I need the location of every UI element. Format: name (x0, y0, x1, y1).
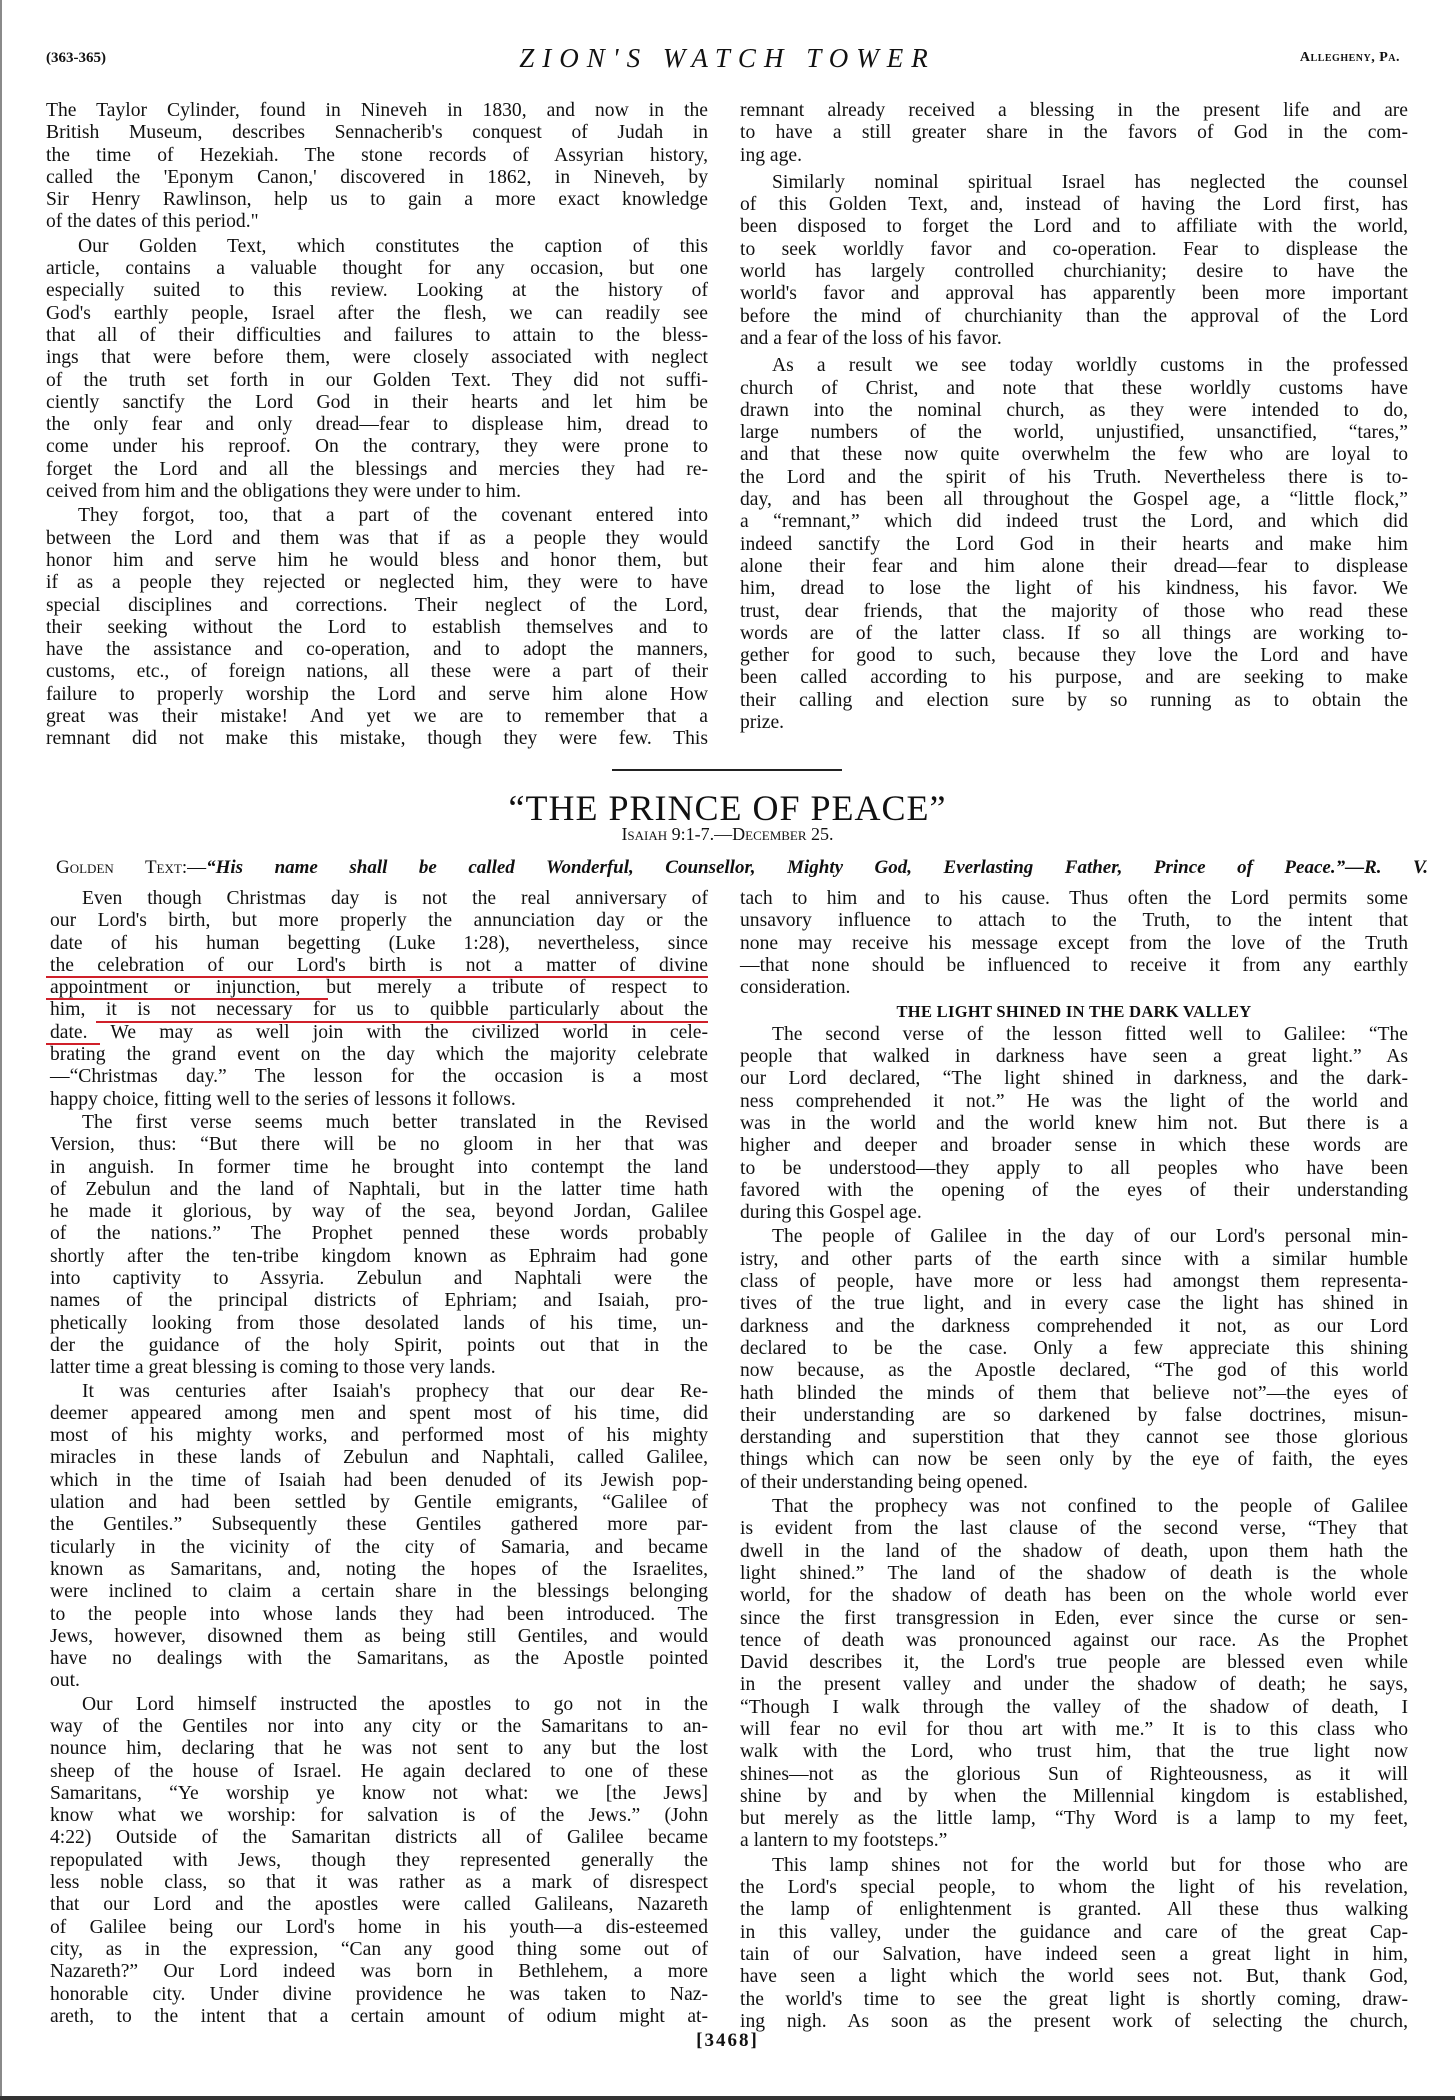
text-line: that all of their difficulties and failu… (46, 325, 708, 347)
scripture-reference: Isaiah 9:1-7.—December 25. (0, 823, 1455, 845)
text-line: that our Lord and the apostles were call… (50, 1894, 708, 1916)
text-line: come under his reproof. On the contrary,… (46, 436, 708, 458)
text-line: istry, and other parts of the earth sinc… (740, 1249, 1408, 1271)
text-line: their seeking without the Lord to establ… (46, 617, 708, 639)
text-line: have the assistance and co-operation, an… (46, 639, 708, 661)
text-line: world's favor and approval has apparentl… (740, 283, 1408, 305)
text-line: That the prophecy was not confined to th… (740, 1496, 1408, 1518)
text-line: walk with the Lord, who trust him, that … (740, 1741, 1408, 1763)
text-line: their calling and election sure by so ru… (740, 690, 1408, 712)
text-line: ulation and had been settled by Gentile … (50, 1492, 708, 1514)
text-line: of the truth set forth in our Golden Tex… (46, 370, 708, 392)
text-line: in anguish. In former time he brought in… (50, 1157, 708, 1179)
text-line: but merely as the little lamp, “Thy Word… (740, 1808, 1408, 1830)
text-line: to seek worldly favor and co-operation. … (740, 239, 1408, 261)
top-left-column: The Taylor Cylinder, found in Nineveh in… (46, 100, 708, 751)
text-line: city, as in the expression, “Can any goo… (50, 1939, 708, 1961)
text-line: during this Gospel age. (740, 1202, 1408, 1224)
text-line: latter time a great blessing is coming t… (50, 1357, 708, 1379)
text-line: higher and deeper and broader sense in w… (740, 1135, 1408, 1157)
text-line: the celebration of our Lord's birth is n… (50, 955, 708, 977)
text-line: was in the world and the world knew him … (740, 1113, 1408, 1135)
text-line: declared to be the case. Only a few appr… (740, 1338, 1408, 1360)
text-line: hath blinded the minds of them that beli… (740, 1383, 1408, 1405)
text-line: trust, dear friends, that the majority o… (740, 601, 1408, 623)
text-line: names of the principal districts of Ephr… (50, 1290, 708, 1312)
text-line: world has largely controlled churchianit… (740, 261, 1408, 283)
text-line: ticularly in the vicinity of the city of… (50, 1537, 708, 1559)
paragraph: The Taylor Cylinder, found in Nineveh in… (46, 100, 708, 234)
text-line: God's earthly people, Israel after the f… (46, 303, 708, 325)
golden-text: Golden Text:—“His name shall be called W… (56, 856, 1428, 880)
text-line: ings that were before them, were closely… (46, 347, 708, 369)
text-line: date. We may as well join with the civil… (50, 1022, 708, 1044)
paragraph: remnant already received a blessing in t… (740, 100, 1408, 167)
text-line: he made it glorious, by way of the sea, … (50, 1201, 708, 1223)
text-line: words are of the latter class. If so all… (740, 623, 1408, 645)
text-line: alone their fear and him alone their dre… (740, 556, 1408, 578)
paragraph: The people of Galilee in the day of our … (740, 1226, 1408, 1494)
text-line: called the 'Eponym Canon,' discovered in… (46, 167, 708, 189)
text-line: They forgot, too, that a part of the cov… (46, 505, 708, 527)
text-line: The second verse of the lesson fitted we… (740, 1024, 1408, 1046)
text-line: Sir Henry Rawlinson, help us to gain a m… (46, 189, 708, 211)
text-line: been called according to his purpose, an… (740, 667, 1408, 689)
text-line: Even though Christmas day is not the rea… (50, 888, 708, 910)
red-underline (46, 976, 708, 978)
text-line: shine by and by when the Millennial king… (740, 1786, 1408, 1808)
text-line: and a fear of the loss of his favor. (740, 328, 1408, 350)
paragraph: It was centuries after Isaiah's prophecy… (50, 1381, 708, 1693)
text-line: British Museum, describes Sennacherib's … (46, 122, 708, 144)
text-line: into captivity to Assyria. Zebulun and N… (50, 1268, 708, 1290)
text-line: between the Lord and them was that if as… (46, 528, 708, 550)
text-line: consideration. (740, 977, 1408, 999)
text-line: drawn into the nominal church, as they w… (740, 400, 1408, 422)
text-line: the Lord and the spirit of his Truth. Ne… (740, 467, 1408, 489)
text-line: to the people into whose lands they had … (50, 1604, 708, 1626)
text-line: church of Christ, and note that these wo… (740, 378, 1408, 400)
text-line: appointment or injunction, but merely a … (50, 977, 708, 999)
masthead-title: ZION'S WATCH TOWER (0, 44, 1455, 72)
text-line: shines—not as the glorious Sun of Righte… (740, 1764, 1408, 1786)
red-underline (46, 998, 328, 1000)
text-line: especially suited to this review. Lookin… (46, 280, 708, 302)
text-line: darkness and the darkness comprehended i… (740, 1316, 1408, 1338)
paragraph: This lamp shines not for the world but f… (740, 1855, 1408, 2033)
text-line: our Lord declared, “The light shined in … (740, 1068, 1408, 1090)
text-line: know what we worship: for salvation is o… (50, 1805, 708, 1827)
text-line: been disposed to forget the Lord and to … (740, 216, 1408, 238)
text-line: 4:22) Outside of the Samaritan districts… (50, 1827, 708, 1849)
text-line: date of his human begetting (Luke 1:28),… (50, 933, 708, 955)
text-line: if as a people they rejected or neglecte… (46, 572, 708, 594)
text-line: him, it is not necessary for us to quibb… (50, 999, 708, 1021)
text-line: phetically looking from those desolated … (50, 1313, 708, 1335)
text-line: since the first transgression in Eden, e… (740, 1608, 1408, 1630)
paragraph: tach to him and to his cause. Thus often… (740, 888, 1408, 999)
text-line: class of people, have more or less had a… (740, 1271, 1408, 1293)
paragraph: Our Golden Text, which constitutes the c… (46, 236, 708, 504)
text-line: of Galilee being our Lord's home in his … (50, 1917, 708, 1939)
text-line: a “remnant,” which did indeed trust the … (740, 511, 1408, 533)
text-line: sheep of the house of Israel. He again d… (50, 1761, 708, 1783)
paragraph: Similarly nominal spiritual Israel has n… (740, 172, 1408, 350)
text-line: have seen a light which the world sees n… (740, 1966, 1408, 1988)
text-line: special disciplines and corrections. The… (46, 595, 708, 617)
text-line: nounce him, declaring that he was not se… (50, 1738, 708, 1760)
text-line: prize. (740, 712, 1408, 734)
text-line: forget the Lord and all the blessings an… (46, 459, 708, 481)
text-line: tence of death was pronounced against ou… (740, 1630, 1408, 1652)
text-line: Our Golden Text, which constitutes the c… (46, 236, 708, 258)
paragraph: Our Lord himself instructed the apostles… (50, 1694, 708, 2028)
paragraph: The first verse seems much better transl… (50, 1112, 708, 1380)
text-line: tach to him and to his cause. Thus often… (740, 888, 1408, 910)
text-line: were inclined to claim a certain share i… (50, 1581, 708, 1603)
paragraph: As a result we see today worldly customs… (740, 355, 1408, 734)
text-line: the Lord's special people, to whom the l… (740, 1877, 1408, 1899)
text-line: day, and has been all throughout the Gos… (740, 489, 1408, 511)
article-right-column: tach to him and to his cause. Thus often… (740, 888, 1408, 2033)
text-line: indeed sanctify the Lord God in their he… (740, 534, 1408, 556)
text-line: the lamp of enlightenment is granted. Al… (740, 1899, 1408, 1921)
page-number: [3468] (0, 2030, 1455, 2052)
text-line: areth, to the intent that a certain amou… (50, 2006, 708, 2028)
text-line: ing age. (740, 145, 1408, 167)
text-line: The people of Galilee in the day of our … (740, 1226, 1408, 1248)
text-line: a lantern to my footsteps.” (740, 1830, 1408, 1852)
text-line: honor him and serve him he would bless a… (46, 550, 708, 572)
text-line: unsavory influence to attach to the Trut… (740, 910, 1408, 932)
red-underline (96, 1021, 708, 1023)
text-line: David describes it, the Lord's true peop… (740, 1652, 1408, 1674)
text-line: the Gentiles.” Subsequently these Gentil… (50, 1514, 708, 1536)
text-line: great was their mistake! And yet we are … (46, 706, 708, 728)
text-line: none may receive his message except from… (740, 933, 1408, 955)
text-line: Our Lord himself instructed the apostles… (50, 1694, 708, 1716)
text-line: remnant did not make this mistake, thoug… (46, 728, 708, 750)
text-line: known as Samaritans, and, noting the hop… (50, 1559, 708, 1581)
location-label: Allegheny, Pa. (1300, 44, 1400, 72)
text-line: will fear no evil for thou art with me.”… (740, 1719, 1408, 1741)
text-line: derstanding and superstition that they c… (740, 1427, 1408, 1449)
text-line: of this Golden Text, and, instead of hav… (740, 194, 1408, 216)
text-line: happy choice, fitting well to the series… (50, 1089, 708, 1111)
text-line: Samaritans, “Ye worship ye know not what… (50, 1783, 708, 1805)
page-bottom-border (0, 2096, 1455, 2100)
text-line: most of his mighty works, and performed … (50, 1425, 708, 1447)
text-line: less noble class, so that it was rather … (50, 1872, 708, 1894)
text-line: gether for good to such, because they lo… (740, 645, 1408, 667)
text-line: light shined.” The land of the shadow of… (740, 1563, 1408, 1585)
text-line: out. (50, 1670, 708, 1692)
text-line: have no dealings with the Samaritans, as… (50, 1648, 708, 1670)
text-line: world, for the shadow of death has been … (740, 1585, 1408, 1607)
section-heading-text: THE LIGHT SHINED IN THE DARK VALLEY (740, 1001, 1408, 1023)
text-line: of Zebulun and the land of Naphtali, but… (50, 1179, 708, 1201)
text-line: to be understood—they apply to all peopl… (740, 1158, 1408, 1180)
text-line: which in the time of Isaiah had been den… (50, 1470, 708, 1492)
text-line: repopulated with Jews, though they repre… (50, 1850, 708, 1872)
text-line: brating the grand event on the day which… (50, 1044, 708, 1066)
golden-text-label: Golden Text:— (56, 857, 206, 878)
article-left-column: Even though Christmas day is not the rea… (50, 888, 708, 2028)
text-line: der the guidance of the holy Spirit, poi… (50, 1335, 708, 1357)
section-divider (612, 769, 842, 771)
paragraph: The second verse of the lesson fitted we… (740, 1024, 1408, 1225)
text-line: shortly after the ten-tribe kingdom know… (50, 1246, 708, 1268)
text-line: honorable city. Under divine providence … (50, 1984, 708, 2006)
text-line: large numbers of the world, unjustified,… (740, 422, 1408, 444)
text-line: “Though I walk through the valley of the… (740, 1697, 1408, 1719)
text-line: the world's time to see the great light … (740, 1989, 1408, 2011)
text-line: —that none should be influenced to recei… (740, 955, 1408, 977)
text-line: failure to properly worship the Lord and… (46, 684, 708, 706)
text-line: The first verse seems much better transl… (50, 1112, 708, 1134)
text-line: Similarly nominal spiritual Israel has n… (740, 172, 1408, 194)
text-line: This lamp shines not for the world but f… (740, 1855, 1408, 1877)
text-line: our Lord's birth, but more properly the … (50, 910, 708, 932)
text-line: dwell in the land of the shadow of death… (740, 1541, 1408, 1563)
text-line: the time of Hezekiah. The stone records … (46, 145, 708, 167)
text-line: to have a still greater share in the fav… (740, 122, 1408, 144)
text-line: the only fear and only dread—fear to dis… (46, 414, 708, 436)
text-line: Nazareth?” Our Lord indeed was born in B… (50, 1961, 708, 1983)
text-line: is evident from the last clause of the s… (740, 1518, 1408, 1540)
text-line: article, contains a valuable thought for… (46, 258, 708, 280)
page-left-border (0, 0, 2, 2100)
text-line: It was centuries after Isaiah's prophecy… (50, 1381, 708, 1403)
text-line: tain of our Salvation, have indeed seen … (740, 1944, 1408, 1966)
text-line: remnant already received a blessing in t… (740, 100, 1408, 122)
text-line: favored with the opening of the eyes of … (740, 1180, 1408, 1202)
text-line: Version, thus: “But there will be no glo… (50, 1134, 708, 1156)
red-underline (46, 1043, 100, 1045)
text-line: miracles in these lands of Zebulun and N… (50, 1447, 708, 1469)
text-line: tives of the true light, and in every ca… (740, 1293, 1408, 1315)
text-line: in the present valley and under the shad… (740, 1674, 1408, 1696)
text-line: things which can now be seen only by the… (740, 1449, 1408, 1471)
text-line: way of the Gentiles nor into any city or… (50, 1716, 708, 1738)
text-line: him, dread to lose the light of his kind… (740, 578, 1408, 600)
text-line: of the dates of this period." (46, 211, 708, 233)
text-line: in this valley, under the guidance and c… (740, 1922, 1408, 1944)
text-line: of their understanding being opened. (740, 1472, 1408, 1494)
text-line: ness comprehended it not.” He was the li… (740, 1091, 1408, 1113)
text-line: Jews, however, disowned them as being st… (50, 1626, 708, 1648)
text-line: and that these now quite overwhelm the f… (740, 444, 1408, 466)
text-line: ciently sanctify the Lord God in their h… (46, 392, 708, 414)
text-line: their understanding are so darkened by f… (740, 1405, 1408, 1427)
paragraph: They forgot, too, that a part of the cov… (46, 505, 708, 750)
text-line: As a result we see today worldly customs… (740, 355, 1408, 377)
text-line: people that walked in darkness have seen… (740, 1046, 1408, 1068)
section-heading: THE LIGHT SHINED IN THE DARK VALLEY (740, 1001, 1408, 1023)
text-line: The Taylor Cylinder, found in Nineveh in… (46, 100, 708, 122)
text-line: now because, as the Apostle declared, “T… (740, 1360, 1408, 1382)
text-line: of the nations.” The Prophet penned thes… (50, 1223, 708, 1245)
text-line: —“Christmas day.” The lesson for the occ… (50, 1066, 708, 1088)
paragraph: That the prophecy was not confined to th… (740, 1496, 1408, 1853)
text-line: before the mind of churchianity than the… (740, 306, 1408, 328)
text-line: ceived from him and the obligations they… (46, 481, 708, 503)
golden-text-quote: “His name shall be called Wonderful, Cou… (206, 857, 1428, 878)
top-right-column: remnant already received a blessing in t… (740, 100, 1408, 734)
text-line: customs, etc., of foreign nations, all t… (46, 661, 708, 683)
text-line: deemer appeared among men and spent most… (50, 1403, 708, 1425)
